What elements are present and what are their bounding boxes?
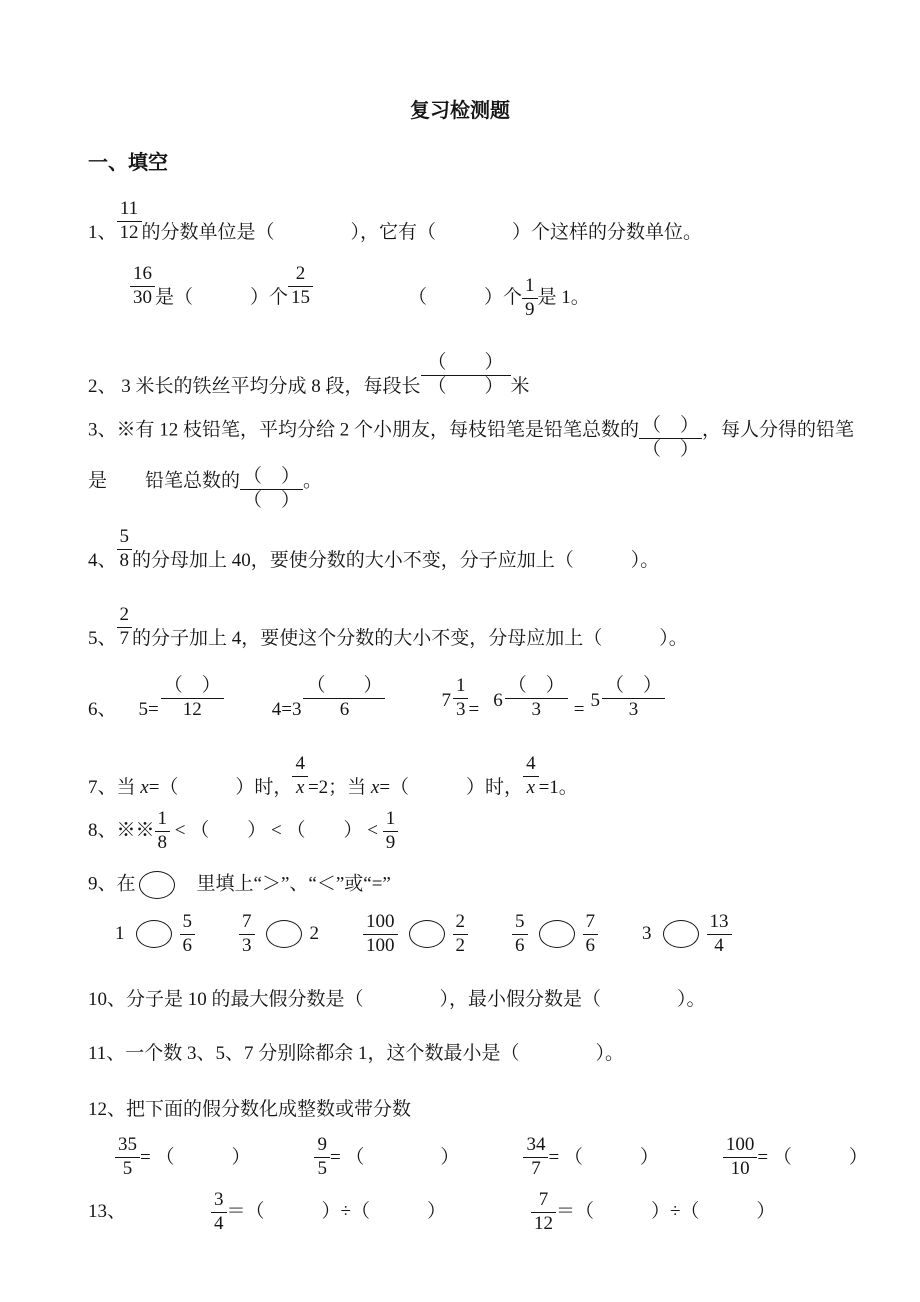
fraction-denominator: 6 <box>512 935 528 958</box>
fraction-numerator: 7 <box>239 911 255 935</box>
fraction-numerator: 13 <box>707 911 732 935</box>
question-text: 分子是 10 的最大假分数是（ ），最小假分数是（ ）。 <box>126 989 706 1010</box>
question-text: =2；当 <box>308 777 371 798</box>
question-text: 3 米长的铁丝平均分成 8 段，每段长 <box>117 376 421 397</box>
comparison-value: 2 <box>310 921 320 947</box>
fraction-denominator: （ ） <box>421 376 511 399</box>
fraction-numerator: 5 <box>512 911 528 935</box>
conversion-item: 95= （ ） <box>314 1134 459 1181</box>
question-13: 13、 34＝（ ）÷（ ） 712＝（ ）÷（ ） <box>88 1189 906 1236</box>
fraction: 134 <box>707 911 732 958</box>
question-number: 1、 <box>88 222 117 243</box>
fraction-denominator: 8 <box>117 550 133 573</box>
fraction-denominator: 9 <box>522 299 538 322</box>
fraction-denominator: 100 <box>363 935 398 958</box>
fraction-numerator: 7 <box>531 1189 556 1213</box>
fraction: （ ）3 <box>602 675 665 722</box>
fraction: （ ）（ ） <box>639 415 702 462</box>
question-text: 当 <box>117 777 141 798</box>
fraction-denominator: 10 <box>723 1158 758 1181</box>
question-3-line2: 是 铅笔总数的（ ）（ ）。 <box>88 466 906 513</box>
fraction: （ ）3 <box>505 675 568 722</box>
question-10: 10、分子是 10 的最大假分数是（ ），最小假分数是（ ）。 <box>88 987 906 1013</box>
comparison-circle <box>136 920 172 948</box>
fraction-numerator: （ ） <box>505 675 568 699</box>
question-text: =1。 <box>539 777 578 798</box>
fraction-denominator: 30 <box>130 287 155 310</box>
fraction: 58 <box>117 526 133 573</box>
fraction-numerator: 11 <box>117 198 142 222</box>
fraction: 215 <box>288 263 313 310</box>
question-number: 5、 <box>88 628 117 649</box>
fraction: 4x <box>523 753 539 800</box>
fraction: （ ）12 <box>161 675 224 722</box>
fraction: 19 <box>383 808 399 855</box>
worksheet-page: 复习检测题 一、填空 1、1112的分数单位是（ ），它有（ ）个这样的分数单位… <box>0 0 920 1235</box>
fraction-numerator: （ ） <box>421 352 511 376</box>
question-text: 里填上“＞”、“＜”或“=” <box>178 873 391 894</box>
fraction-numerator: 5 <box>117 526 133 550</box>
question-number: 12、 <box>88 1099 126 1120</box>
fraction-numerator: 1 <box>155 808 171 832</box>
comparison-item: 156 <box>115 911 195 958</box>
conversion-item: 347= （ ） <box>523 1134 658 1181</box>
question-text: ※※ <box>117 820 155 841</box>
fraction: 10010 <box>723 1134 758 1181</box>
equation-blank: ＝（ ）÷（ ） <box>227 1199 446 1225</box>
fraction-denominator: 6 <box>303 699 385 722</box>
question-7: 7、当 x=（ ）时，4x=2；当 x=（ ）时，4x=1。 <box>88 753 906 800</box>
fraction-denominator: 7 <box>117 628 133 651</box>
fraction-denominator: 4 <box>707 935 732 958</box>
question-2: 2、 3 米长的铁丝平均分成 8 段，每段长（ ）（ ）米 <box>88 352 906 399</box>
doc-title: 复习检测题 <box>0 98 920 124</box>
fraction-numerator: （ ） <box>602 675 665 699</box>
equation-blank: = （ ） <box>140 1145 250 1171</box>
question-text: ※有 12 枝铅笔，平均分给 2 个小朋友，每枝铅笔是铅笔总数的 <box>117 420 640 441</box>
division-item: 34＝（ ）÷（ ） <box>211 1189 446 1236</box>
fraction-denominator: 2 <box>453 935 469 958</box>
fraction-denominator: 12 <box>161 699 224 722</box>
fraction-numerator: 2 <box>117 604 133 628</box>
comparison-circle <box>409 920 445 948</box>
fraction: 34 <box>211 1189 227 1236</box>
fraction-denominator: 3 <box>505 699 568 722</box>
question-text: ，每人分得的铅笔 <box>702 420 854 441</box>
fraction: 22 <box>453 911 469 958</box>
comparison-circle <box>139 871 175 899</box>
fraction-denominator: 5 <box>314 1158 330 1181</box>
comparison-value: 1 <box>115 921 125 947</box>
mixed-integer: 6 <box>493 688 503 714</box>
fraction-denominator: 12 <box>531 1213 556 1236</box>
question-text: （ ）个 <box>408 287 522 308</box>
equation-text: = <box>574 699 585 720</box>
fraction-numerator: 1 <box>383 808 399 832</box>
question-number: 2、 <box>88 376 117 397</box>
question-number: 9、 <box>88 873 117 894</box>
question-text: 一个数 3、5、7 分别除都余 1，这个数最小是（ ）。 <box>125 1043 624 1064</box>
fraction: 4x <box>292 753 308 800</box>
comparison-circle <box>663 920 699 948</box>
fraction: 56 <box>512 911 528 958</box>
question-text: 是 铅笔总数的 <box>88 470 240 491</box>
fraction: （ ）6 <box>303 675 385 722</box>
comparison-circle <box>539 920 575 948</box>
question-text: 是（ ）个 <box>155 287 288 308</box>
question-text: 的分子加上 4，要使这个分数的大小不变，分母应加上（ ）。 <box>132 628 688 649</box>
question-text: 在 <box>117 873 136 894</box>
question-4: 4、58的分母加上 40，要使分数的大小不变，分子应加上（ ）。 <box>88 526 906 573</box>
fraction-numerator: （ ） <box>639 415 702 439</box>
question-number: 4、 <box>88 550 117 571</box>
fraction: 355 <box>115 1134 140 1181</box>
question-8: 8、※※18 < （ ） < （ ） < 19 <box>88 808 906 855</box>
fraction-denominator: 7 <box>523 1158 548 1181</box>
fraction: 95 <box>314 1134 330 1181</box>
fraction: 100100 <box>363 911 398 958</box>
fraction-numerator: 34 <box>523 1134 548 1158</box>
fraction-denominator: 6 <box>180 935 196 958</box>
question-text: 的分数单位是（ ），它有（ ）个这样的分数单位。 <box>142 222 703 243</box>
question-5: 5、27的分子加上 4，要使这个分数的大小不变，分母应加上（ ）。 <box>88 604 906 651</box>
question-1: 1、1112的分数单位是（ ），它有（ ）个这样的分数单位。 <box>88 198 906 245</box>
fraction-numerator: 4 <box>292 753 308 777</box>
mixed-integer: 5 <box>590 688 600 714</box>
conversion-item: 10010= （ ） <box>723 1134 868 1181</box>
question-1-line2: 1630是（ ）个215（ ）个19是 1。 <box>130 263 906 321</box>
fraction-denominator: 8 <box>155 832 171 855</box>
question-9: 9、在 里填上“＞”、“＜”或“=” <box>88 871 906 899</box>
question-3: 3、※有 12 枝铅笔，平均分给 2 个小朋友，每枝铅笔是铅笔总数的（ ）（ ）… <box>88 415 906 462</box>
fraction: 1630 <box>130 263 155 310</box>
fraction-numerator: 5 <box>180 911 196 935</box>
equation-text: 5= <box>139 699 159 720</box>
question-text: 的分母加上 40，要使分数的大小不变，分子应加上（ ）。 <box>132 550 659 571</box>
question-text: 。 <box>303 470 322 491</box>
fraction: 27 <box>117 604 133 651</box>
fraction-denominator: 5 <box>115 1158 140 1181</box>
fraction-numerator: （ ） <box>161 675 224 699</box>
question-number: 7、 <box>88 777 117 798</box>
comparison-item: 5676 <box>512 911 598 958</box>
fraction-denominator: x <box>523 777 539 800</box>
fraction-denominator: （ ） <box>639 439 702 462</box>
fraction-numerator: 7 <box>583 911 599 935</box>
question-12-row: 355= （ ） 95= （ ） 347= （ ） 10010= （ ） <box>115 1134 906 1181</box>
fraction-numerator: （ ） <box>303 675 385 699</box>
fraction: 13 <box>453 675 469 722</box>
equation-blank: = （ ） <box>330 1145 459 1171</box>
fraction-denominator: 3 <box>602 699 665 722</box>
fraction: 73 <box>239 911 255 958</box>
fraction-numerator: 2 <box>288 263 313 287</box>
fraction-numerator: （ ） <box>240 466 303 490</box>
fraction-numerator: 16 <box>130 263 155 287</box>
fraction-denominator: 4 <box>211 1213 227 1236</box>
comparison-item: 732 <box>239 911 319 958</box>
fraction-numerator: 3 <box>211 1189 227 1213</box>
question-number: 8、 <box>88 820 117 841</box>
fraction: （ ）（ ） <box>421 352 511 399</box>
fraction-denominator: 3 <box>239 935 255 958</box>
equation-blank: = （ ） <box>548 1145 658 1171</box>
fraction-numerator: 2 <box>453 911 469 935</box>
comparison-value: 3 <box>642 921 652 947</box>
question-text: 是 1。 <box>538 287 590 308</box>
fraction-numerator: 100 <box>723 1134 758 1158</box>
division-item: 712＝（ ）÷（ ） <box>531 1189 775 1236</box>
question-9-row: 156 732 10010022 5676 3134 <box>115 911 906 958</box>
fraction-denominator: 9 <box>383 832 399 855</box>
variable-x: x <box>140 777 148 798</box>
equation-blank: ＝（ ）÷（ ） <box>556 1199 775 1225</box>
question-text: =（ ）时， <box>149 777 293 798</box>
fraction-denominator: 15 <box>288 287 313 310</box>
fraction: 1112 <box>117 198 142 245</box>
question-text: 米 <box>511 376 530 397</box>
question-text: =（ ）时， <box>379 777 523 798</box>
comparison-item: 3134 <box>642 911 732 958</box>
fraction-numerator: 1 <box>522 275 538 299</box>
fraction-denominator: （ ） <box>240 490 303 513</box>
fraction: 56 <box>180 911 196 958</box>
equation-text: 4=3 <box>272 699 302 720</box>
fraction: 18 <box>155 808 171 855</box>
fraction-denominator: 12 <box>117 222 142 245</box>
question-text: 把下面的假分数化成整数或带分数 <box>126 1099 411 1120</box>
question-number: 3、 <box>88 420 117 441</box>
comparison-item: 10010022 <box>363 911 468 958</box>
comparison-circle <box>266 920 302 948</box>
fraction-denominator: x <box>292 777 308 800</box>
conversion-item: 355= （ ） <box>115 1134 250 1181</box>
fraction-numerator: 1 <box>453 675 469 699</box>
equation-blank: = （ ） <box>757 1145 867 1171</box>
question-6: 6、5=（ ）124=3（ ）6713=6（ ）3=5（ ）3 <box>88 675 906 722</box>
fraction-numerator: 100 <box>363 911 398 935</box>
equation-text: = <box>468 699 479 720</box>
fraction-denominator: 6 <box>583 935 599 958</box>
fraction-denominator: 3 <box>453 699 469 722</box>
fraction: 19 <box>522 275 538 322</box>
fraction: 347 <box>523 1134 548 1181</box>
question-12: 12、把下面的假分数化成整数或带分数 <box>88 1097 906 1123</box>
fraction: 76 <box>583 911 599 958</box>
question-number: 11、 <box>88 1043 125 1064</box>
fraction: 712 <box>531 1189 556 1236</box>
section-heading: 一、填空 <box>88 150 880 176</box>
question-number: 10、 <box>88 989 126 1010</box>
fraction-numerator: 35 <box>115 1134 140 1158</box>
question-number: 6、 <box>88 699 117 720</box>
question-11: 11、一个数 3、5、7 分别除都余 1，这个数最小是（ ）。 <box>88 1041 906 1067</box>
fraction: （ ）（ ） <box>240 466 303 513</box>
fraction-numerator: 4 <box>523 753 539 777</box>
mixed-integer: 7 <box>441 688 451 714</box>
question-text: < （ ） < （ ） < <box>170 820 383 841</box>
question-number: 13、 <box>88 1199 126 1225</box>
fraction-numerator: 9 <box>314 1134 330 1158</box>
